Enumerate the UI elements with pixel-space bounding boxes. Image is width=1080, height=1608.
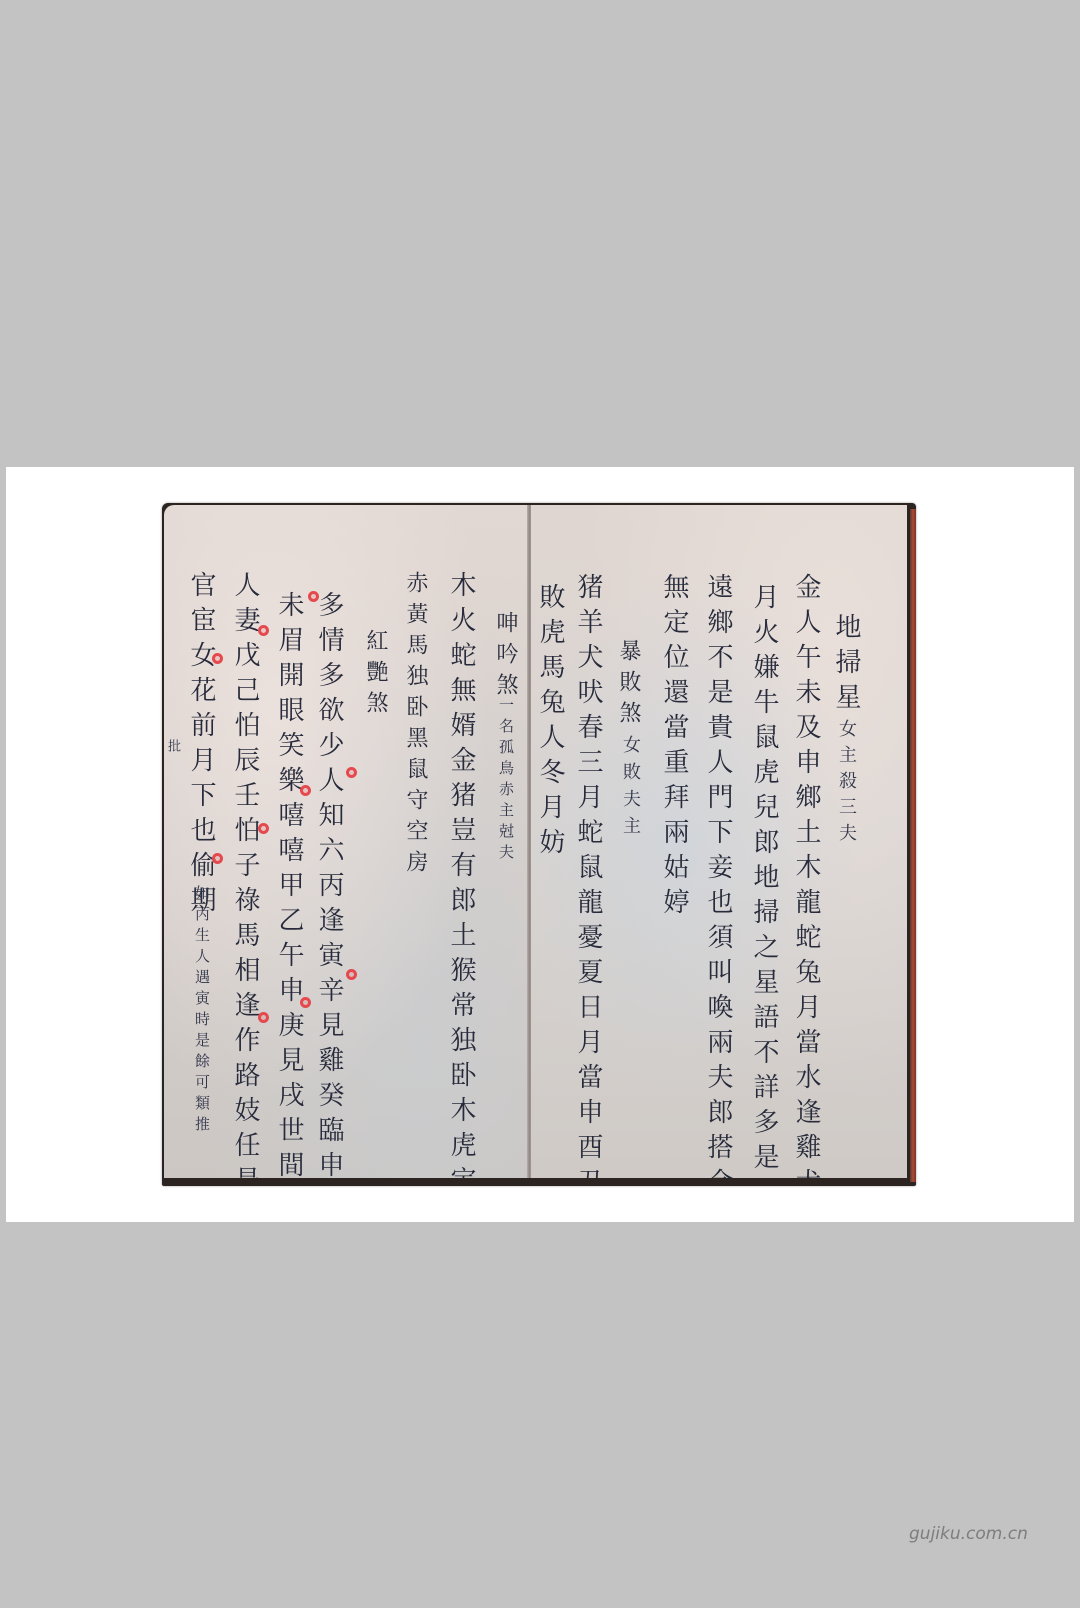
text-column: 多情多欲少人知六丙逢寅辛見雞癸臨申上丁見 bbox=[316, 591, 342, 1178]
margin-mark: 批 bbox=[166, 739, 179, 758]
text-column: 月火嫌牛鼠虎兒郎地掃之星語不詳多是離夫嫁 bbox=[751, 583, 777, 1178]
text-column: 人妻戊己怕辰壬怕子祿馬相逢作路妓任是富家 bbox=[232, 571, 258, 1178]
text-column: 赤黃馬独卧黑鼠守空房 bbox=[404, 571, 426, 881]
text-column: 敗虎馬兔人冬月妨 bbox=[537, 583, 563, 863]
red-punctuation-mark bbox=[300, 785, 311, 796]
red-punctuation-mark bbox=[346, 767, 357, 778]
manuscript-book: 呻吟煞 一名孤鳥赤主尅夫 木火蛇無婿金猪豈有郎土猴常独卧木虎定居孀 赤黃馬独卧黑… bbox=[162, 503, 916, 1186]
text-column: 金人午未及申鄉土木龍蛇兔月當水逢雞犬及亥 bbox=[793, 573, 819, 1178]
heading-hongyan-sha: 紅艷煞 bbox=[364, 629, 386, 722]
red-punctuation-mark bbox=[258, 1012, 269, 1023]
note-disao-xing: 女主殺三夫 bbox=[837, 719, 855, 849]
text-column: 木火蛇無婿金猪豈有郎土猴常独卧木虎定居孀 bbox=[448, 571, 474, 1178]
note-shenyin-sha: 一名孤鳥赤主尅夫 bbox=[498, 697, 513, 865]
note-baobai-sha: 女敗夫主 bbox=[621, 735, 639, 843]
red-punctuation-mark bbox=[300, 997, 311, 1008]
site-watermark: gujiku.com.cn bbox=[909, 1524, 1028, 1544]
red-punctuation-mark bbox=[258, 625, 269, 636]
red-punctuation-mark bbox=[308, 591, 319, 602]
text-column: 未眉開眼笑樂嘻嘻甲乙午申庚見戌世間只是眾 bbox=[276, 591, 302, 1178]
heading-disao-xing: 地掃星 bbox=[833, 613, 859, 718]
red-punctuation-mark bbox=[346, 969, 357, 980]
book-cover-edge bbox=[910, 509, 916, 1182]
heading-baobai-sha: 暴敗煞 bbox=[617, 639, 639, 732]
red-punctuation-mark bbox=[212, 853, 223, 864]
heading-shenyin-sha: 呻吟煞 bbox=[494, 611, 516, 704]
text-column: 遠鄉不是貴人門下妾也須叫喚兩夫郎搭金壽夭 bbox=[705, 573, 731, 1178]
text-column: 官宦女花前月下也偷期 bbox=[188, 571, 214, 921]
red-punctuation-mark bbox=[212, 653, 223, 664]
red-punctuation-mark bbox=[258, 823, 269, 834]
text-column: 無定位還當重拜兩姑婷 bbox=[661, 573, 687, 923]
left-page: 呻吟煞 一名孤鳥赤主尅夫 木火蛇無婿金猪豈有郎土猴常独卧木虎定居孀 赤黃馬独卧黑… bbox=[164, 505, 529, 1178]
annotation-note: 如丙生人遇寅時是餘可類推 bbox=[194, 885, 209, 1137]
text-column: 猪羊犬吠春三月蛇鼠龍憂夏日月當申酉丑人秋必 bbox=[575, 573, 601, 1178]
right-page: 地掃星 女主殺三夫 金人午未及申鄉土木龍蛇兔月當水逢雞犬及亥 月火嫌牛鼠虎兒郎地… bbox=[531, 505, 907, 1178]
